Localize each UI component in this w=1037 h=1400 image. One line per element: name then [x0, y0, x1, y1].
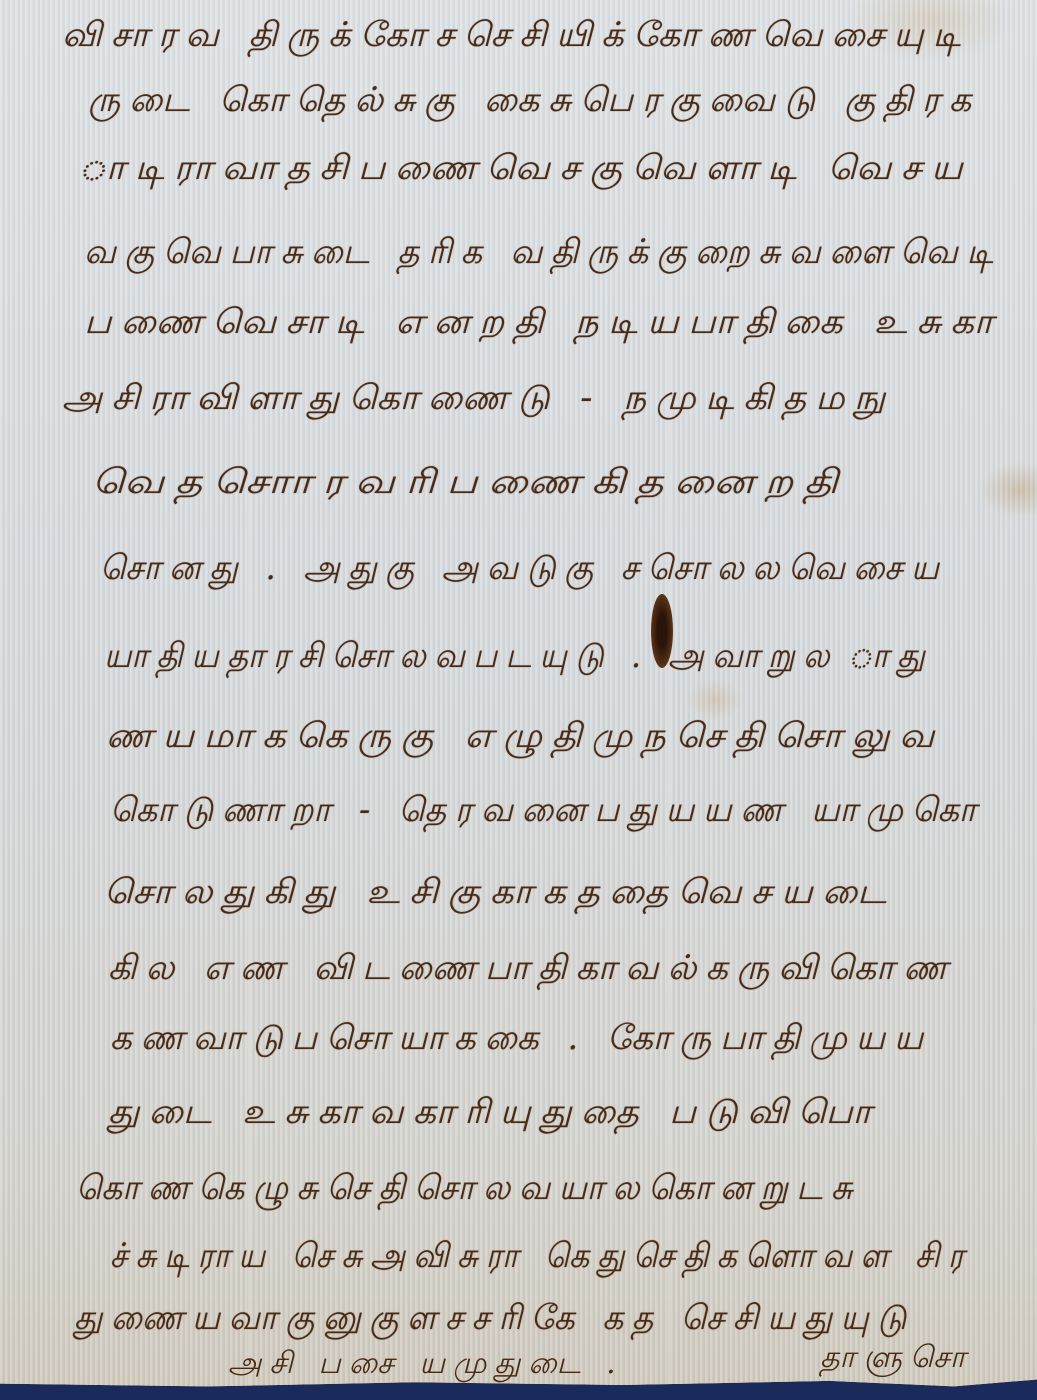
- manuscript-line-3: ாடிராவாதசிபணைவெசகுவெளாடி வெசய: [78, 148, 972, 192]
- manuscript-line-18: துணையவாகுனுகுளசசரிகே கத செசியதுயுடு: [74, 1298, 915, 1342]
- manuscript-line-15: துடை உசுகாவகாரியுதுதை படுவிபொ: [108, 1092, 881, 1136]
- manuscript-line-6: அசிராவிளாதுகொணைடு - நமுடிகிதமநு: [62, 378, 895, 422]
- manuscript-page: விசாரவ திருக்கோசசெசியிக்கோணவெசையுடி ருடை…: [0, 0, 1037, 1392]
- manuscript-signature: தாளுசொ: [820, 1340, 974, 1379]
- manuscript-line-1: விசாரவ திருக்கோசசெசியிக்கோணவெசையுடி: [62, 15, 970, 59]
- manuscript-line-7: வெதசொாரவரிபணைகிதனைறதி: [92, 462, 849, 506]
- manuscript-line-9: யாதியதாரசிசொலவபடயுடு . அவாறுல ாது: [104, 636, 933, 680]
- manuscript-line-11: கொடுணாறா - தெரவனைபதுயயண யாமுகொ: [110, 790, 985, 834]
- manuscript-line-12: சொலதுகிது உசிகுகாகததைவெசயடை: [104, 872, 896, 916]
- manuscript-line-4: வகுவெபாசுடை தரிக வதிருக்குறைசுவளைவெடி: [84, 232, 1002, 276]
- manuscript-closing-line: அசி பசை யமுதுடை .: [228, 1346, 624, 1385]
- manuscript-line-13: கில எண விடணைபாதிகாவல்கருவிகொண: [108, 948, 957, 992]
- manuscript-line-14: கணவாடுபசொயாககை . கோருபாதிமுயய: [110, 1018, 932, 1062]
- manuscript-line-10: ணயமாககெருகு எழுதிமுநசெதிசொலுவ: [106, 716, 944, 760]
- manuscript-line-17: ச்சுடிராய செசுஅவிசுரா கெதுசெதிகளொவள சிர: [110, 1236, 972, 1280]
- manuscript-line-8: சொனது . அதுகு அவடுகு சசொலலவெசைய: [100, 548, 948, 592]
- manuscript-line-16: கொணகெழுசுசெதிசொலவயாலகொனறுடசு: [76, 1168, 861, 1212]
- manuscript-line-2: ருடை கொதெல்சுகு கைசுபெரகுவைடு குதிரக: [88, 80, 980, 124]
- ink-blot: [651, 594, 673, 668]
- manuscript-line-5: பணைவெசாடி எனறதி நடியபாதிகை உசுகா: [84, 302, 1003, 346]
